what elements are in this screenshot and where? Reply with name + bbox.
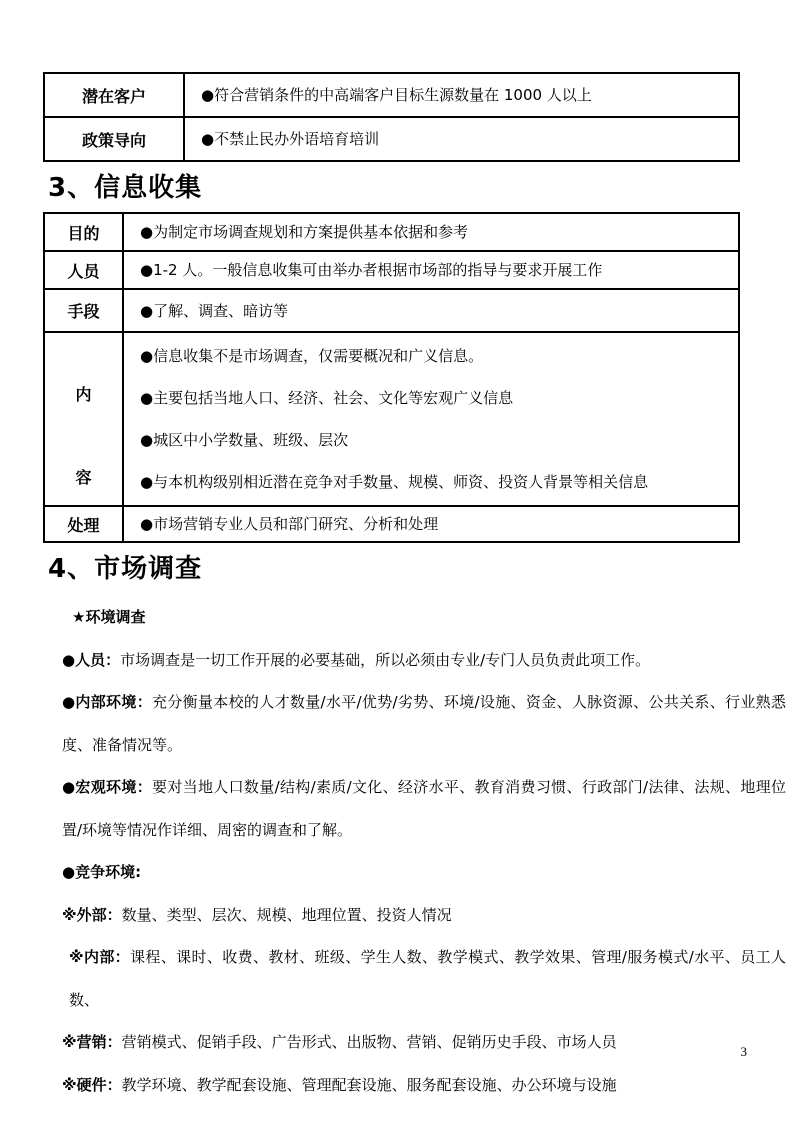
table-row: 人员 ●1-2 人。一般信息收集可由举办者根据市场部的指导与要求开展工作 bbox=[44, 251, 739, 289]
paragraph-lead: ※内部： bbox=[69, 948, 130, 966]
paragraph-lead: ●人员： bbox=[62, 651, 120, 669]
bullet-line: ●主要包括当地人口、经济、社会、文化等宏观广义信息 bbox=[140, 377, 730, 419]
table-row: 政策导向 ●不禁止民办外语培育培训 bbox=[44, 117, 739, 161]
page-number: 3 bbox=[741, 1044, 748, 1060]
paragraph-hardware: ※硬件：教学环境、教学配套设施、管理配套设施、服务配套设施、办公环境与设施 bbox=[62, 1064, 786, 1107]
row-label-processing: 处理 bbox=[44, 506, 123, 542]
row-label-personnel: 人员 bbox=[44, 251, 123, 289]
table-row: 目的 ●为制定市场调查规划和方案提供基本依据和参考 bbox=[44, 213, 739, 251]
paragraph-competitive-environment: ●竞争环境: bbox=[62, 851, 786, 894]
document-page: 潜在客户 ●符合营销条件的中高端客户目标生源数量在 1000 人以上 政策导向 … bbox=[0, 0, 793, 1122]
table-row: 手段 ●了解、调查、暗访等 bbox=[44, 289, 739, 332]
paragraph-macro-environment: ●宏观环境：要对当地人口数量/结构/素质/文化、经济水平、教育消费习惯、行政部门… bbox=[62, 766, 786, 851]
criteria-table: 潜在客户 ●符合营销条件的中高端客户目标生源数量在 1000 人以上 政策导向 … bbox=[43, 72, 740, 162]
paragraph-lead: ●宏观环境： bbox=[62, 778, 152, 796]
bullet-line: ●与本机构级别相近潜在竞争对手数量、规模、师资、投资人背景等相关信息 bbox=[140, 461, 730, 503]
label-char-top: 内 bbox=[75, 382, 91, 405]
paragraph-text: 教学环境、教学配套设施、管理配套设施、服务配套设施、办公环境与设施 bbox=[122, 1076, 617, 1094]
row-label-potential-customers: 潜在客户 bbox=[44, 73, 184, 117]
paragraph-text: 数量、类型、层次、规模、地理位置、投资人情况 bbox=[122, 906, 452, 924]
paragraph-text: 市场调查是一切工作开展的必要基础，所以必须由专业/专门人员负责此项工作。 bbox=[120, 651, 650, 669]
table-row: 处理 ●市场营销专业人员和部门研究、分析和处理 bbox=[44, 506, 739, 542]
paragraph-lead: ●内部环境： bbox=[62, 693, 152, 711]
paragraph-internal-environment: ●内部环境：充分衡量本校的人才数量/水平/优势/劣势、环境/设施、资金、人脉资源… bbox=[62, 681, 786, 766]
paragraph-external: ※外部：数量、类型、层次、规模、地理位置、投资人情况 bbox=[62, 894, 786, 937]
paragraph-text: 课程、课时、收费、教材、班级、学生人数、教学模式、教学效果、管理/服务模式/水平… bbox=[69, 948, 786, 1009]
paragraph-lead: ※营销： bbox=[62, 1033, 122, 1051]
table-row: 内 容 ●信息收集不是市场调查，仅需要概况和广义信息。 ●主要包括当地人口、经济… bbox=[44, 332, 739, 506]
market-research-body: ★环境调查 ●人员：市场调查是一切工作开展的必要基础，所以必须由专业/专门人员负… bbox=[62, 596, 786, 1106]
paragraph-lead: ●竞争环境: bbox=[62, 863, 141, 881]
row-label-purpose: 目的 bbox=[44, 213, 123, 251]
label-char-bottom: 容 bbox=[75, 465, 91, 488]
row-label-content: 内 容 bbox=[44, 332, 123, 506]
row-content-potential-customers: ●符合营销条件的中高端客户目标生源数量在 1000 人以上 bbox=[184, 73, 739, 117]
row-label-methods: 手段 bbox=[44, 289, 123, 332]
table-row: 潜在客户 ●符合营销条件的中高端客户目标生源数量在 1000 人以上 bbox=[44, 73, 739, 117]
paragraph-text: 营销模式、促销手段、广告形式、出版物、营销、促销历史手段、市场人员 bbox=[122, 1033, 617, 1051]
info-collection-table: 目的 ●为制定市场调查规划和方案提供基本依据和参考 人员 ●1-2 人。一般信息… bbox=[43, 212, 740, 543]
paragraph-lead: ※硬件： bbox=[62, 1076, 122, 1094]
bullet-line: ●城区中小学数量、班级、层次 bbox=[140, 419, 730, 461]
row-content-policy-orientation: ●不禁止民办外语培育培训 bbox=[184, 117, 739, 161]
paragraph-personnel: ●人员：市场调查是一切工作开展的必要基础，所以必须由专业/专门人员负责此项工作。 bbox=[62, 639, 786, 682]
paragraph-text: 充分衡量本校的人才数量/水平/优势/劣势、环境/设施、资金、人脉资源、公共关系、… bbox=[62, 693, 786, 754]
section-heading-info-collection: 3、信息收集 bbox=[48, 173, 767, 203]
row-label-policy-orientation: 政策导向 bbox=[44, 117, 184, 161]
sub-heading-environment-survey: ★环境调查 bbox=[72, 596, 786, 639]
row-content-content: ●信息收集不是市场调查，仅需要概况和广义信息。 ●主要包括当地人口、经济、社会、… bbox=[123, 332, 739, 506]
row-content-personnel: ●1-2 人。一般信息收集可由举办者根据市场部的指导与要求开展工作 bbox=[123, 251, 739, 289]
paragraph-text: 要对当地人口数量/结构/素质/文化、经济水平、教育消费习惯、行政部门/法律、法规… bbox=[62, 778, 786, 839]
paragraph-lead: ※外部： bbox=[62, 906, 122, 924]
stacked-label: 内 容 bbox=[46, 334, 121, 488]
row-content-methods: ●了解、调查、暗访等 bbox=[123, 289, 739, 332]
row-content-purpose: ●为制定市场调查规划和方案提供基本依据和参考 bbox=[123, 213, 739, 251]
paragraph-internal: ※内部：课程、课时、收费、教材、班级、学生人数、教学模式、教学效果、管理/服务模… bbox=[69, 936, 786, 1021]
row-content-processing: ●市场营销专业人员和部门研究、分析和处理 bbox=[123, 506, 739, 542]
bullet-line: ●信息收集不是市场调查，仅需要概况和广义信息。 bbox=[140, 335, 730, 377]
section-heading-market-research: 4、市场调查 bbox=[48, 554, 767, 584]
paragraph-marketing: ※营销：营销模式、促销手段、广告形式、出版物、营销、促销历史手段、市场人员 bbox=[62, 1021, 786, 1064]
